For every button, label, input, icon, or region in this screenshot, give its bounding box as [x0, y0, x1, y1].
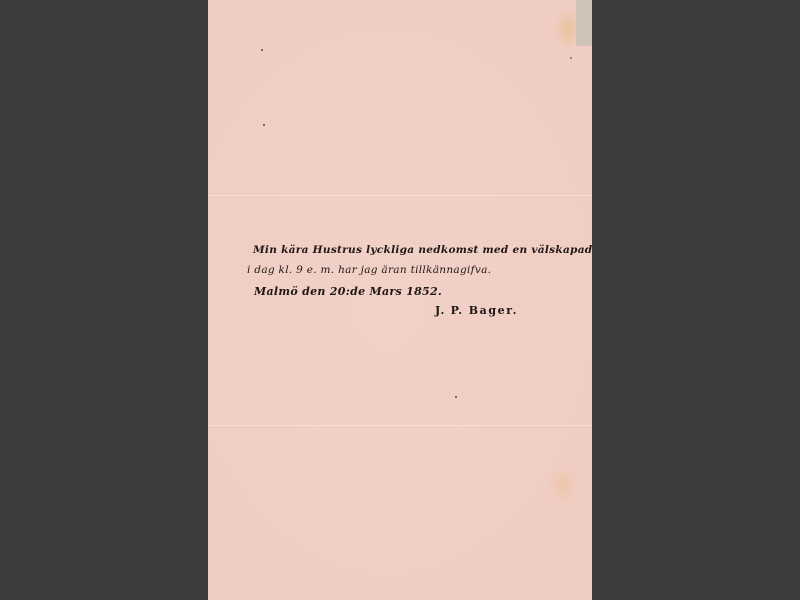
announcement-text: Min kära Hustrus lyckliga nedkomst med e… [208, 0, 592, 600]
document-page: Min kära Hustrus lyckliga nedkomst med e… [208, 0, 592, 600]
announcement-place-date: Malmö den 20:de Mars 1852. [254, 285, 442, 298]
signature-initials: J. P. [435, 304, 463, 317]
signature: J. P. Bager. [435, 304, 518, 317]
signature-surname: Bager. [469, 304, 518, 317]
announcement-line-1-text: Min kära Hustrus lyckliga nedkomst med e… [253, 244, 592, 256]
announcement-line-2: i dag kl. 9 e. m. har jag äran tillkänna… [247, 264, 491, 276]
viewer-stage: Min kära Hustrus lyckliga nedkomst med e… [0, 0, 800, 600]
announcement-line-1: Min kära Hustrus lyckliga nedkomst med e… [253, 242, 592, 257]
